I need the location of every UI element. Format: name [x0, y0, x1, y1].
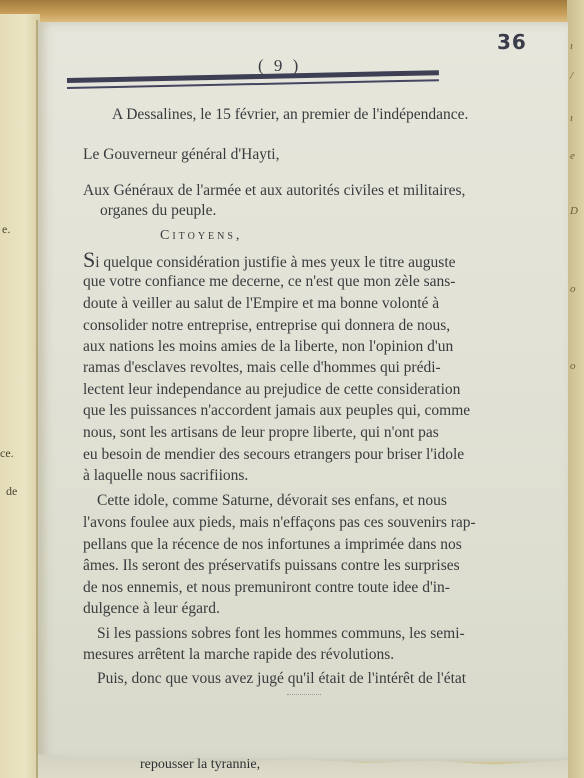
body-line: nous, sont les artisans de leur propre l…	[83, 423, 439, 443]
body-line: âmes. Ils seront des préservatifs puissa…	[83, 556, 460, 576]
left-page-fragment: e.	[2, 222, 10, 237]
body-line: que votre confiance me decerne, ce n'est…	[83, 272, 455, 292]
right-manuscript-page: ı / ı e D o o	[567, 0, 584, 778]
paper-mark	[287, 694, 321, 696]
handwriting-mark: o	[570, 283, 576, 295]
handwriting-mark: /	[570, 70, 573, 82]
handwriting-mark: e	[570, 150, 575, 162]
body-line: de nos ennemis, et nous premuniront cont…	[83, 578, 450, 598]
document-photo: e. ce. de ı / ı e D o o 36 ( 9 ) A Dessa…	[0, 0, 584, 778]
body-line: Puis, donc que vous avez jugé qu'il étai…	[97, 669, 466, 689]
dateline: A Dessalines, le 15 février, an premier …	[112, 105, 468, 125]
body-line: Si les passions sobres font les hommes c…	[97, 624, 465, 644]
archive-folio-number: 36	[497, 30, 527, 54]
underlying-page-text: repousser la tyrannie,	[140, 757, 260, 773]
handwriting-mark: o	[570, 360, 576, 372]
drop-cap: S	[83, 247, 95, 272]
handwriting-mark: ı	[570, 40, 573, 52]
body-line: lectent leur independance au prejudice d…	[83, 380, 460, 400]
body-line: à laquelle nous sacrifiions.	[83, 466, 248, 486]
body-line: l'avons foulee aux pieds, mais n'effaçon…	[83, 513, 476, 533]
addressees-line-1: Aux Généraux de l'armée et aux autorités…	[83, 181, 465, 201]
body-line: que les puissances n'accordent jamais au…	[83, 401, 470, 421]
handwriting-mark: D	[570, 205, 578, 217]
handwriting-mark: ı	[570, 112, 573, 124]
body-line: doute à veiller au salut de l'Empire et …	[83, 294, 439, 314]
body-line: dulgence à leur égard.	[83, 599, 220, 619]
body-line: pellans que la récence de nos infortunes…	[83, 535, 462, 555]
addressees-line-2: organes du peuple.	[100, 201, 216, 221]
sender: Le Gouverneur général d'Hayti,	[83, 145, 279, 165]
salutation: Citoyens,	[160, 226, 242, 246]
body-line-text: i quelque considération justifie à mes y…	[95, 254, 455, 271]
body-line: Si quelque considération justifie à mes …	[83, 250, 456, 273]
body-line: Cette idole, comme Saturne, dévorait ses…	[97, 491, 447, 511]
body-line: ramas d'esclaves revoltes, mais celle d'…	[83, 358, 441, 378]
body-line: aux nations les moins amies de la libert…	[83, 337, 453, 357]
body-line: consolider notre entreprise, entreprise …	[83, 316, 450, 336]
left-page-fragment: de	[6, 484, 17, 499]
left-facing-page: e. ce. de	[0, 14, 40, 778]
left-page-fragment: ce.	[0, 446, 14, 461]
body-line: eu besoin de mendier des secours etrange…	[83, 445, 464, 465]
body-line: mesures arrêtent la marche rapide des ré…	[83, 645, 394, 665]
